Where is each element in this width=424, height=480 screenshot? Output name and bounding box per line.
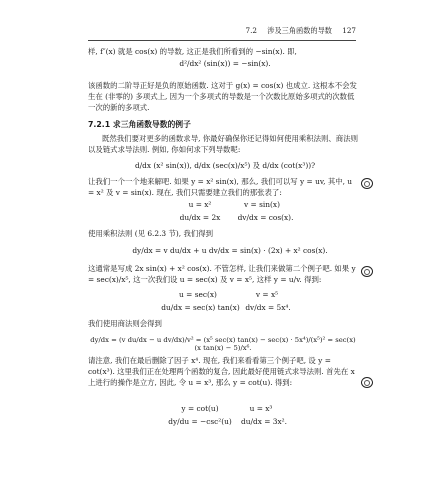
table1-u: u = x² [175, 200, 225, 209]
page-number: 127 [342, 26, 356, 35]
header-rule [88, 40, 356, 41]
binder-hole-icon [361, 178, 373, 189]
paragraph-5: 使用乘积法则 (见 6.2.3 节), 我们得到 [88, 228, 358, 239]
paragraph-2: 该函数的二阶导正好是负的原始函数. 这对于 g(x) = cos(x) 也成立.… [88, 80, 358, 114]
paragraph-3: 既然我们要对更多的函数求导, 你最好确保你还记得如何使用乘积法则、商法则以及链式… [88, 133, 358, 155]
equation-2: d/dx (x² sin(x)), d/dx (sec(x)/x⁵) 及 d/d… [120, 160, 330, 171]
table2-dv: dv/dx = 5x⁴. [238, 303, 298, 312]
paragraph-8: 请注意, 我们在最后删除了因子 x⁴. 现在, 我们来看看第三个例子吧, 设 y… [88, 355, 358, 389]
paragraph-6: 这通常是写成 2x sin(x) + x² cos(x). 不管怎样, 让我们来… [88, 263, 358, 285]
binder-hole-icon [361, 266, 373, 277]
table3-du: du/dx = 3x². [234, 417, 294, 426]
table2-v: v = x⁵ [242, 290, 292, 299]
equation-4: dy/dx = (v du/dx − u dv/dx)/v² = (x⁵ sec… [88, 336, 358, 352]
paragraph-7: 我们使用商法则会得到 [88, 318, 358, 329]
equation-1: d²/dx² (sin(x)) = −sin(x). [150, 59, 300, 68]
running-header: 7.2 涉及三角函数的导数 127 [88, 26, 356, 36]
binder-hole-icon [361, 377, 373, 388]
paragraph-1: 样, f″(x) 就是 cos(x) 的导数, 这正是我们所看到的 −sin(x… [88, 46, 358, 57]
table3-y: y = cot(u) [170, 404, 230, 413]
section-title: 涉及三角函数的导数 [267, 26, 332, 35]
table2-u: u = sec(x) [168, 290, 228, 299]
table1-v: v = sin(x) [232, 200, 292, 209]
table3-u: u = x³ [236, 404, 286, 413]
table3-dy: dy/du = −csc²(u) [160, 417, 240, 426]
paragraph-4: 让我们一个一个地来解吧. 如果 y = x² sin(x), 那么, 我们可以写… [88, 176, 358, 198]
table1-dv: dv/dx = cos(x). [228, 213, 303, 222]
section-number: 7.2 [246, 26, 257, 35]
equation-3: dy/dx = v du/dx + u dv/dx = sin(x) · (2x… [110, 246, 350, 255]
table2-du: du/dx = sec(x) tan(x) [158, 303, 243, 312]
section-heading: 7.2.1 求三角函数导数的例子 [88, 119, 191, 130]
table1-du: du/dx = 2x [170, 213, 230, 222]
